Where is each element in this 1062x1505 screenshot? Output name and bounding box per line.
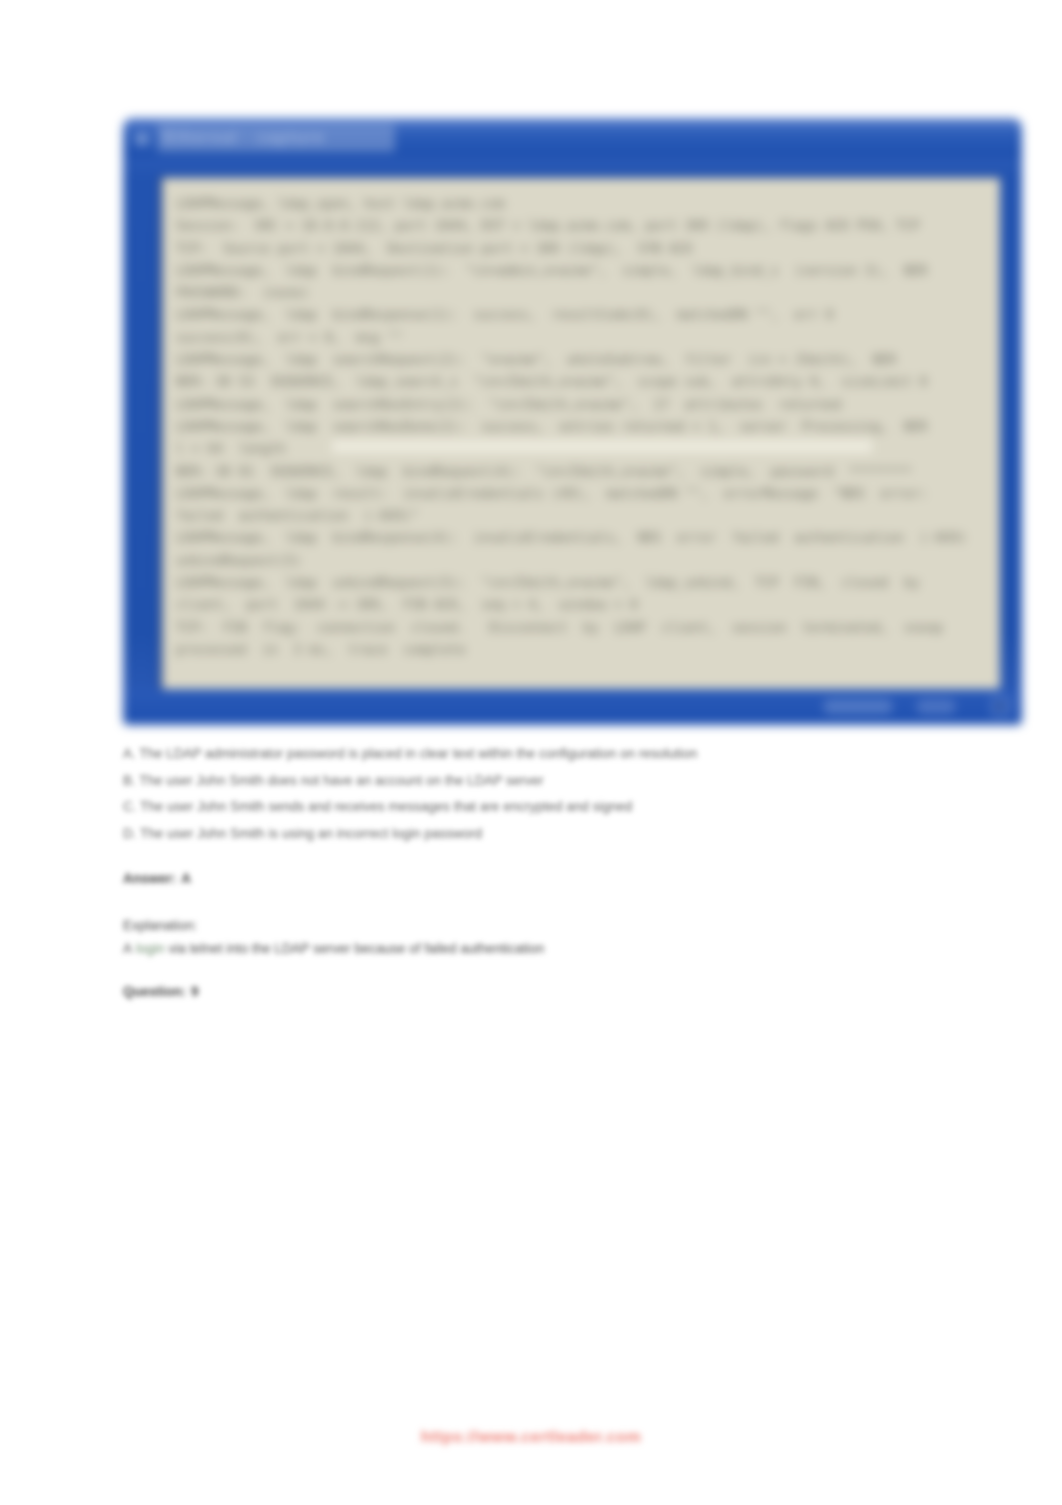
- page-footer: https://www.certleader.com: [0, 1429, 1062, 1447]
- option-c: C. The user John Smith sends and receive…: [123, 799, 697, 826]
- console-line: Session: SRC = 10.0.0.112, port 1044, DS…: [176, 216, 992, 238]
- statusbar-segment: [823, 699, 893, 714]
- window-titlebar: ▤ Ethereal - capture: [123, 118, 1022, 158]
- console-line: processed in 3 ms, trace complete: [176, 640, 992, 662]
- statusbar-segment: [916, 699, 956, 714]
- answer-label: Answer:: [123, 871, 176, 886]
- window-title: Ethereal - capture: [157, 124, 395, 152]
- console-line: BER: 30 53 SEQUENCE, ldap_search_s "cn=J…: [176, 372, 992, 394]
- console-output: LDAPMessage, ldap_open, host ldap.acme.c…: [159, 176, 1000, 689]
- console-line: LDAPMessage, ldap bindResponse(4): inval…: [176, 528, 992, 550]
- exhibit-window: ▤ Ethereal - capture LDAPMessage, ldap_o…: [123, 118, 1022, 725]
- console-line: unbindRequest(5): [176, 551, 992, 573]
- console-line: LDAPMessage, ldap searchRequest(2): "o=a…: [176, 350, 992, 372]
- explanation-highlight-word: login: [136, 941, 165, 956]
- option-a: A. The LDAP administrator password is pl…: [123, 746, 697, 773]
- question-line: Question:9: [123, 984, 199, 999]
- explanation-label: Explanation:: [123, 915, 544, 938]
- console-line: client, port 1044 -> 389, FIN ACK, seq =…: [176, 595, 992, 617]
- explanation-text: Aloginvia telnet into the LDAP server be…: [123, 938, 544, 961]
- console-line: LDAPMessage, ldap result: invalidCredent…: [176, 484, 992, 506]
- console-line: LDAPMessage, ldap unbindRequest(5): "cn=…: [176, 573, 992, 595]
- console-line: LDAPMessage, ldap searchResDone(2): succ…: [176, 417, 992, 439]
- window-icon: ▤: [135, 131, 149, 146]
- explanation-block: Explanation: Aloginvia telnet into the L…: [123, 915, 544, 960]
- question-label: Question:: [123, 984, 186, 999]
- console-line: LDAPMessage, ldap bindRequest(1): "cn=ad…: [176, 261, 992, 283]
- console-line: LDAPMessage, ldap searchResEntry(2): "cn…: [176, 395, 992, 417]
- console-line: success(0), err = 0, msg "": [176, 328, 992, 350]
- console-line: LDAPMessage, ldap_open, host ldap.acme.c…: [176, 194, 992, 216]
- console-line: TCP: Source port = 1044, Destination por…: [176, 239, 992, 261]
- console-line: TCP: FIN flag: connection closed. Discon…: [176, 618, 992, 640]
- console-line: BER: 30 81 SEQUENCE, ldap bindRequest(4)…: [176, 462, 992, 484]
- footer-link[interactable]: https://www.certleader.com: [421, 1429, 641, 1446]
- answer-value: A: [181, 871, 191, 886]
- explanation-rest: via telnet into the LDAP server because …: [169, 941, 545, 956]
- console-line: failed authentication (-669)": [176, 506, 992, 528]
- scroll-arrow-icon: ▸: [990, 695, 1012, 717]
- option-b: B. The user John Smith does not have an …: [123, 773, 697, 800]
- console-line: LDAPMessage, ldap bindResponse(1): succe…: [176, 305, 992, 327]
- answer-options: A. The LDAP administrator password is pl…: [123, 746, 697, 853]
- console-line-highlighted: l = 64 length: [176, 439, 992, 461]
- window-statusbar: ▸: [123, 689, 1022, 725]
- explanation-prefix: A: [123, 941, 132, 956]
- question-number: 9: [191, 984, 199, 999]
- console-line: PASSWORD: (none): [176, 283, 992, 305]
- answer-line: Answer:A: [123, 871, 191, 886]
- option-d: D. The user John Smith is using an incor…: [123, 826, 697, 853]
